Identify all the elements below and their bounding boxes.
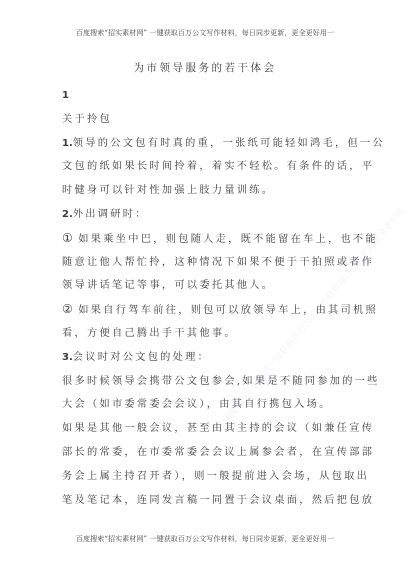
text-line: 笔及笔记本，连同发言稿一同置于会议桌面，然后把包放 — [62, 489, 354, 513]
line-text: 看，方便自己腾出手干其他事。 — [62, 328, 237, 339]
line-text: 如果自行驾车前往，则包可以放领导车上，由其司机照 — [73, 305, 378, 316]
line-text: 时健身可以针对性加强上肢力量训练。 — [62, 185, 274, 196]
line-text: 如果乘坐中巴，则包随人走，既不能留在车上，也不能 — [73, 234, 378, 245]
text-line: 关于拎包 — [62, 108, 354, 132]
document-body: 1 关于拎包1.领导的公文包有时真的重，一张纸可能轻如鸿毛，但一公文包的纸如果长… — [62, 84, 354, 512]
text-line: 文包的纸如果长时间拎着，着实不轻松。有条件的话，平 — [62, 155, 354, 179]
line-text: 领导讲话笔记等事，可以委托其他人。 — [62, 280, 274, 291]
text-line: 领导讲话笔记等事，可以委托其他人。 — [62, 274, 354, 298]
list-marker: 1. — [62, 138, 73, 149]
text-line: 务会上属主持召开者），则一般提前进入会场，从包取出 — [62, 465, 354, 489]
text-line: 3.会议时对公文包的处理： — [62, 346, 354, 370]
line-text: 外出调研时： — [73, 209, 148, 220]
section-number: 1 — [62, 84, 354, 108]
line-text: 关于拎包 — [62, 114, 112, 125]
text-line: 2.外出调研时： — [62, 203, 354, 227]
line-text: 随意让他人帮忙拎，这种情况下如果不便于干拍照或者作 — [62, 257, 374, 268]
paragraph-lines: 关于拎包1.领导的公文包有时真的重，一张纸可能轻如鸿毛，但一公文包的纸如果长时间… — [62, 108, 354, 513]
line-text: 会议时对公文包的处理： — [73, 352, 210, 363]
line-text: 笔及笔记本，连同发言稿一同置于会议桌面，然后把包放 — [62, 495, 374, 506]
text-line: 如果是其他一般会议，甚至由其主持的会议（如兼任宣传 — [62, 417, 354, 441]
document-title: 为市领导服务的若干体会 — [0, 60, 410, 75]
text-line: 看，方便自己腾出手干其他事。 — [62, 322, 354, 346]
list-marker: ① — [62, 231, 73, 245]
line-text: 文包的纸如果长时间拎着，着实不轻松。有条件的话，平 — [62, 161, 374, 172]
line-text: 如果是其他一般会议，甚至由其主持的会议（如兼任宣传 — [62, 423, 374, 434]
text-line: 大会（如市委常委会会议），由其自行携包入场。 — [62, 393, 354, 417]
list-marker: 3. — [62, 352, 73, 363]
list-marker: 2. — [62, 209, 73, 220]
text-line: ② 如果自行驾车前往，则包可以放领导车上，由其司机照 — [62, 298, 354, 322]
text-line: 时健身可以针对性加强上肢力量训练。 — [62, 179, 354, 203]
line-text: 很多时候领导会携带公文包参会,如果是不随同参加的一些 — [62, 376, 380, 387]
text-line: ① 如果乘坐中巴，则包随人走，既不能留在车上，也不能 — [62, 227, 354, 251]
page-header-banner: 百度搜索“招实素材网” 一键获取百万公文写作材料，每日同步更新，更全更好用一 — [0, 28, 410, 38]
page-footer-banner: 百度搜索“招实素材网” 一键获取百万公文写作材料，每日同步更新，更全更好用一 — [0, 534, 410, 544]
text-line: 随意让他人帮忙拎，这种情况下如果不便于干拍照或者作 — [62, 251, 354, 275]
line-text: 部长的常委，在市委常委会会议上属参会者，在宣传部部 — [62, 447, 374, 458]
line-text: 领导的公文包有时真的重，一张纸可能轻如鸿毛，但一公 — [73, 138, 385, 149]
text-line: 很多时候领导会携带公文包参会,如果是不随同参加的一些 — [62, 370, 354, 394]
line-text: 务会上属主持召开者），则一般提前进入会场，从包取出 — [62, 471, 369, 482]
text-line: 部长的常委，在市委常委会会议上属参会者，在宣传部部 — [62, 441, 354, 465]
line-text: 大会（如市委常委会会议），由其自行携包入场。 — [62, 399, 332, 410]
text-line: 1.领导的公文包有时真的重，一张纸可能轻如鸿毛，但一公 — [62, 132, 354, 156]
list-marker: ② — [62, 302, 73, 316]
